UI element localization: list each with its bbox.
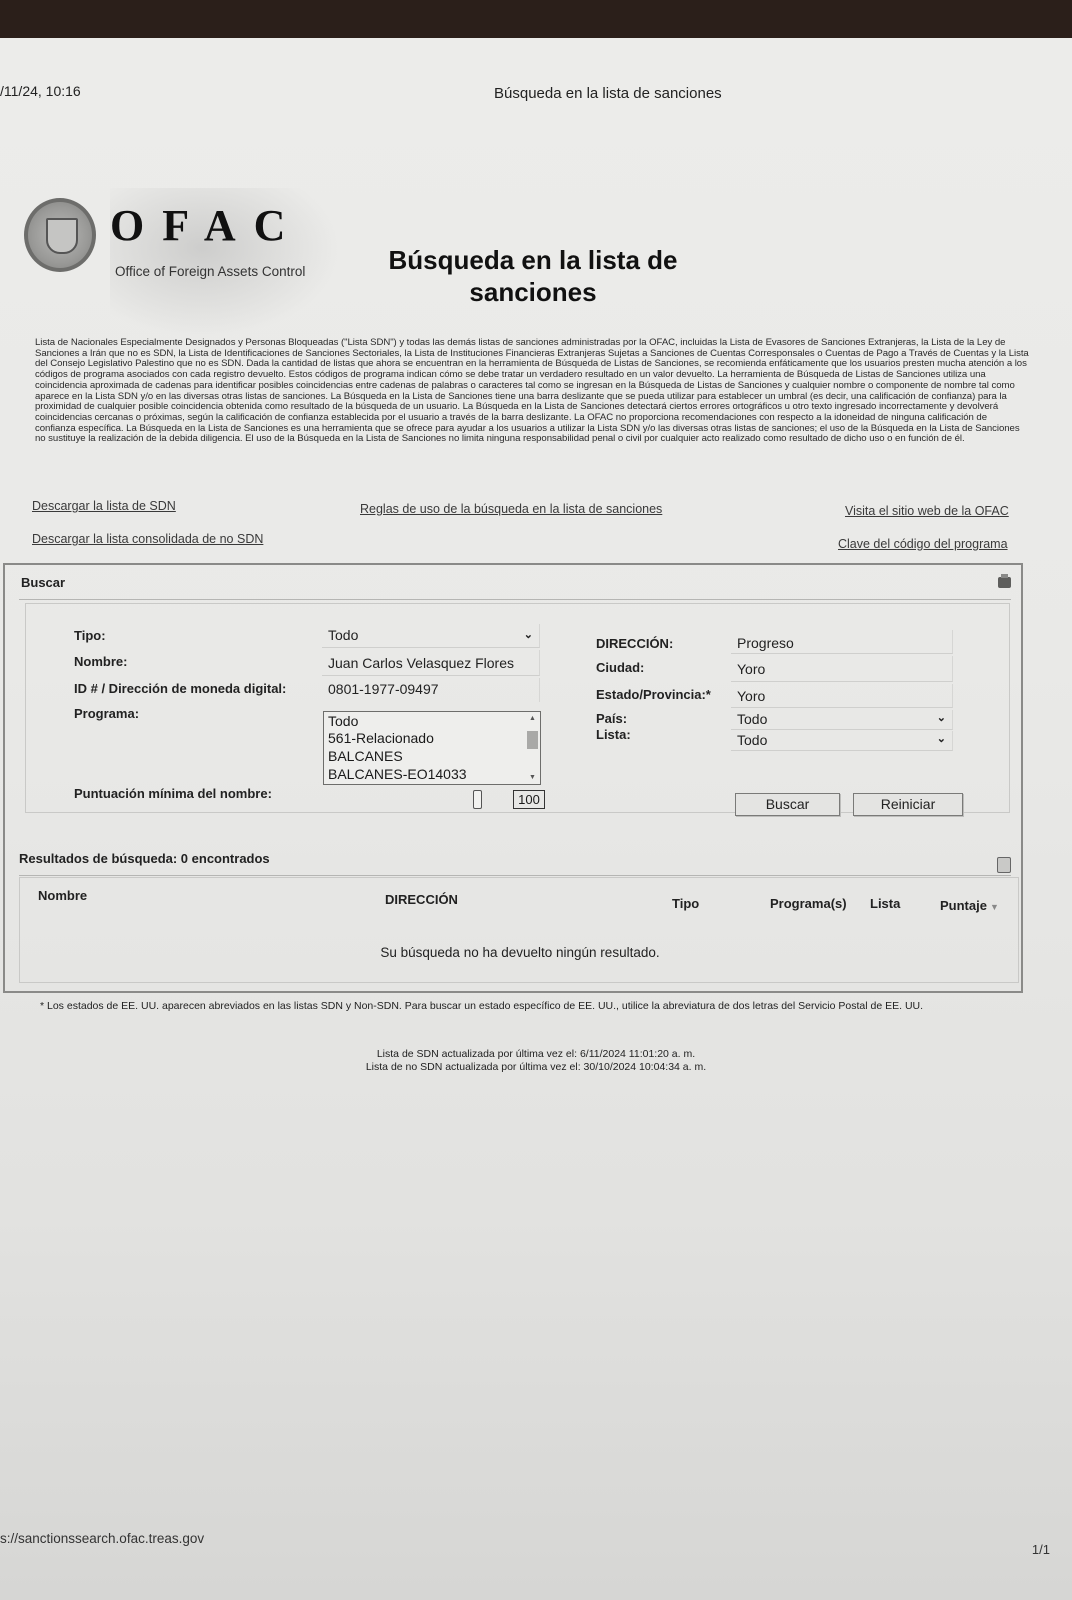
print-footer-page: 1/1: [1032, 1542, 1050, 1557]
search-button[interactable]: Buscar: [735, 793, 840, 816]
ofac-logo-subtitle: Office of Foreign Assets Control: [115, 264, 305, 279]
print-datetime: /11/24, 10:16: [0, 83, 81, 99]
download-sdn-link[interactable]: Descargar la lista de SDN: [32, 499, 176, 513]
address-input[interactable]: Progreso: [731, 630, 953, 654]
id-input-value: 0801-1977-09497: [328, 681, 439, 697]
printer-icon[interactable]: [998, 577, 1011, 588]
divider: [19, 875, 1011, 876]
chevron-down-icon: ⌄: [524, 628, 533, 641]
scroll-up-icon[interactable]: ▲: [529, 715, 536, 722]
ofac-logo-text: OFAC: [110, 200, 303, 251]
type-select-value: Todo: [328, 627, 358, 643]
column-header-type[interactable]: Tipo: [672, 896, 699, 911]
search-heading: Buscar: [21, 575, 65, 590]
program-option[interactable]: 561-Relacionado: [328, 730, 434, 746]
disclaimer-text: Lista de Nacionales Especialmente Design…: [35, 338, 1030, 445]
visit-ofac-link[interactable]: Visita el sitio web de la OFAC: [845, 504, 1009, 518]
program-label: Programa:: [74, 706, 139, 721]
download-non-sdn-link[interactable]: Descargar la lista consolidada de no SDN: [32, 532, 263, 546]
scroll-down-icon[interactable]: ▼: [529, 774, 536, 781]
list-select-value: Todo: [737, 732, 767, 748]
sdn-last-updated: Lista de SDN actualizada por última vez …: [0, 1048, 1072, 1060]
column-header-address[interactable]: DIRECCIÓN: [385, 892, 458, 907]
country-select[interactable]: Todo ⌄: [731, 710, 953, 730]
column-header-name[interactable]: Nombre: [38, 888, 87, 903]
id-input[interactable]: 0801-1977-09497: [322, 678, 540, 702]
column-header-score[interactable]: Puntaje▼: [940, 898, 999, 913]
column-header-programs[interactable]: Programa(s): [770, 896, 847, 911]
min-score-label: Puntuación mínima del nombre:: [74, 786, 272, 801]
name-input-value: Juan Carlos Velasquez Flores: [328, 655, 514, 671]
results-heading: Resultados de búsqueda: 0 encontrados: [19, 851, 270, 866]
type-label: Tipo:: [74, 628, 106, 643]
min-score-slider[interactable]: [473, 790, 482, 809]
column-header-score-label: Puntaje: [940, 898, 987, 913]
export-excel-icon[interactable]: [997, 857, 1011, 873]
divider: [19, 599, 1011, 600]
country-label: País:: [596, 711, 627, 726]
scroll-thumb[interactable]: [527, 731, 538, 749]
printed-page: /11/24, 10:16 Búsqueda en la lista de sa…: [0, 38, 1072, 1600]
name-input[interactable]: Juan Carlos Velasquez Flores: [322, 650, 540, 676]
program-option[interactable]: BALCANES: [328, 748, 403, 764]
treasury-seal-icon: [24, 198, 96, 272]
id-label: ID # / Dirección de moneda digital:: [74, 681, 286, 696]
sort-desc-icon: ▼: [990, 902, 999, 912]
chevron-down-icon: ⌄: [937, 732, 946, 745]
rules-link[interactable]: Reglas de uso de la búsqueda en la lista…: [360, 502, 662, 516]
program-key-link[interactable]: Clave del código del programa: [838, 537, 1008, 551]
city-label: Ciudad:: [596, 660, 644, 675]
program-listbox[interactable]: Todo 561-Relacionado BALCANES BALCANES-E…: [323, 711, 541, 785]
reset-button[interactable]: Reiniciar: [853, 793, 963, 816]
type-select[interactable]: Todo ⌄: [322, 624, 540, 648]
address-label: DIRECCIÓN:: [596, 636, 673, 651]
address-input-value: Progreso: [737, 635, 794, 651]
list-select[interactable]: Todo ⌄: [731, 731, 953, 751]
print-footer-url: s://sanctionssearch.ofac.treas.gov: [0, 1531, 204, 1546]
city-input[interactable]: Yoro: [731, 656, 953, 682]
no-results-message: Su búsqueda no ha devuelto ningún result…: [20, 945, 1020, 960]
chevron-down-icon: ⌄: [937, 711, 946, 724]
listbox-scrollbar[interactable]: ▲ ▼: [526, 715, 538, 781]
min-score-value[interactable]: 100: [513, 790, 545, 809]
city-input-value: Yoro: [737, 661, 765, 677]
results-table: Nombre DIRECCIÓN Tipo Programa(s) Lista …: [19, 877, 1019, 983]
column-header-list[interactable]: Lista: [870, 896, 900, 911]
footnote: * Los estados de EE. UU. aparecen abrevi…: [40, 1000, 923, 1012]
program-option[interactable]: BALCANES-EO14033: [328, 766, 467, 782]
state-input-value: Yoro: [737, 688, 765, 704]
name-label: Nombre:: [74, 654, 127, 669]
non-sdn-last-updated: Lista de no SDN actualizada por última v…: [0, 1061, 1072, 1073]
state-label: Estado/Provincia:*: [596, 687, 711, 702]
state-input[interactable]: Yoro: [731, 684, 953, 708]
list-label: Lista:: [596, 727, 631, 742]
page-title: Búsqueda en la lista de sanciones: [368, 244, 698, 308]
program-option[interactable]: Todo: [328, 713, 358, 729]
print-header-title: Búsqueda en la lista de sanciones: [494, 85, 722, 102]
search-panel: Buscar Tipo: Todo ⌄ Nombre: Juan Carlos …: [3, 563, 1023, 993]
country-select-value: Todo: [737, 711, 767, 727]
